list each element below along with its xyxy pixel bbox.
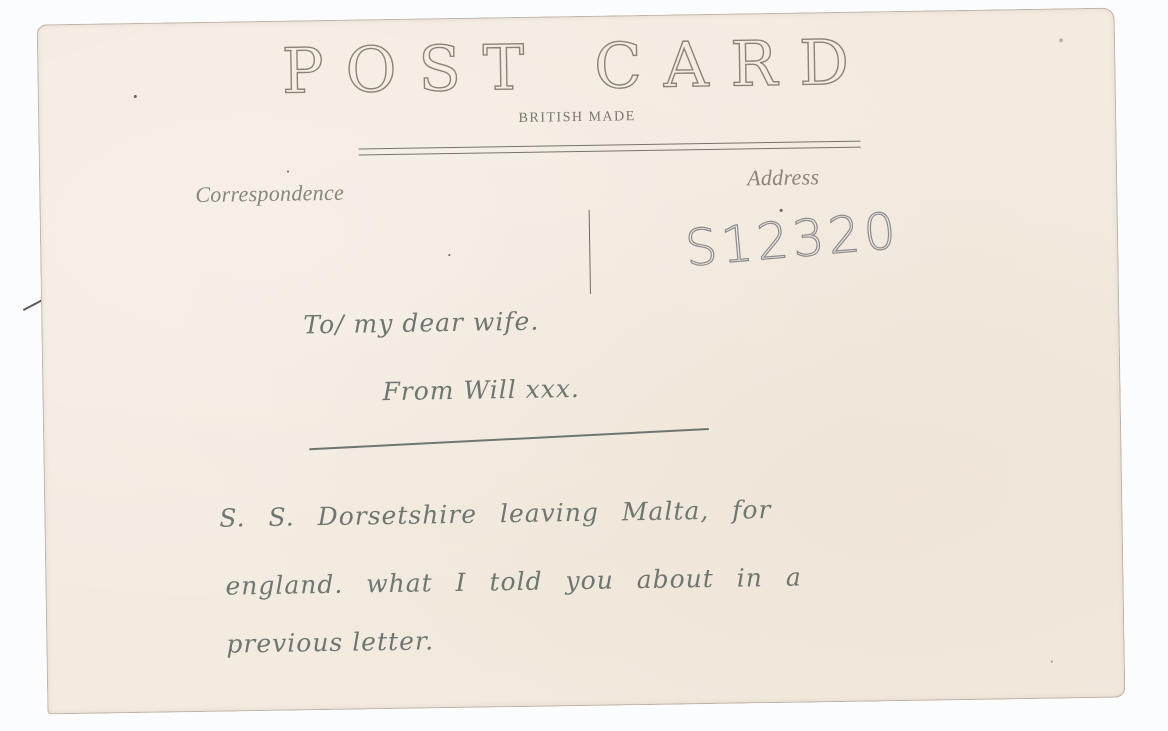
title-post: POST [281,31,546,108]
section-divider [589,210,591,294]
pencil-reference-number: S12320 [683,202,902,278]
handwritten-greeting: To/ my dear wife. [303,307,539,340]
handwritten-signature: From Will xxx. [382,374,580,406]
signature-underline [309,428,709,450]
postcard-title: POSTCARD [37,22,1116,112]
postcard: POSTCARD BRITISH MADE Correspondence Add… [37,8,1126,715]
message-line-1: S. S. Dorsetshire leaving Malta, for [219,495,771,533]
address-label: Address [747,164,820,191]
paper-specks [37,8,1115,25]
title-card: CARD [594,25,872,102]
message-line-2: england. what I told you about in a [225,563,802,601]
correspondence-label: Correspondence [195,180,344,208]
message-line-3: previous letter. [226,626,434,658]
